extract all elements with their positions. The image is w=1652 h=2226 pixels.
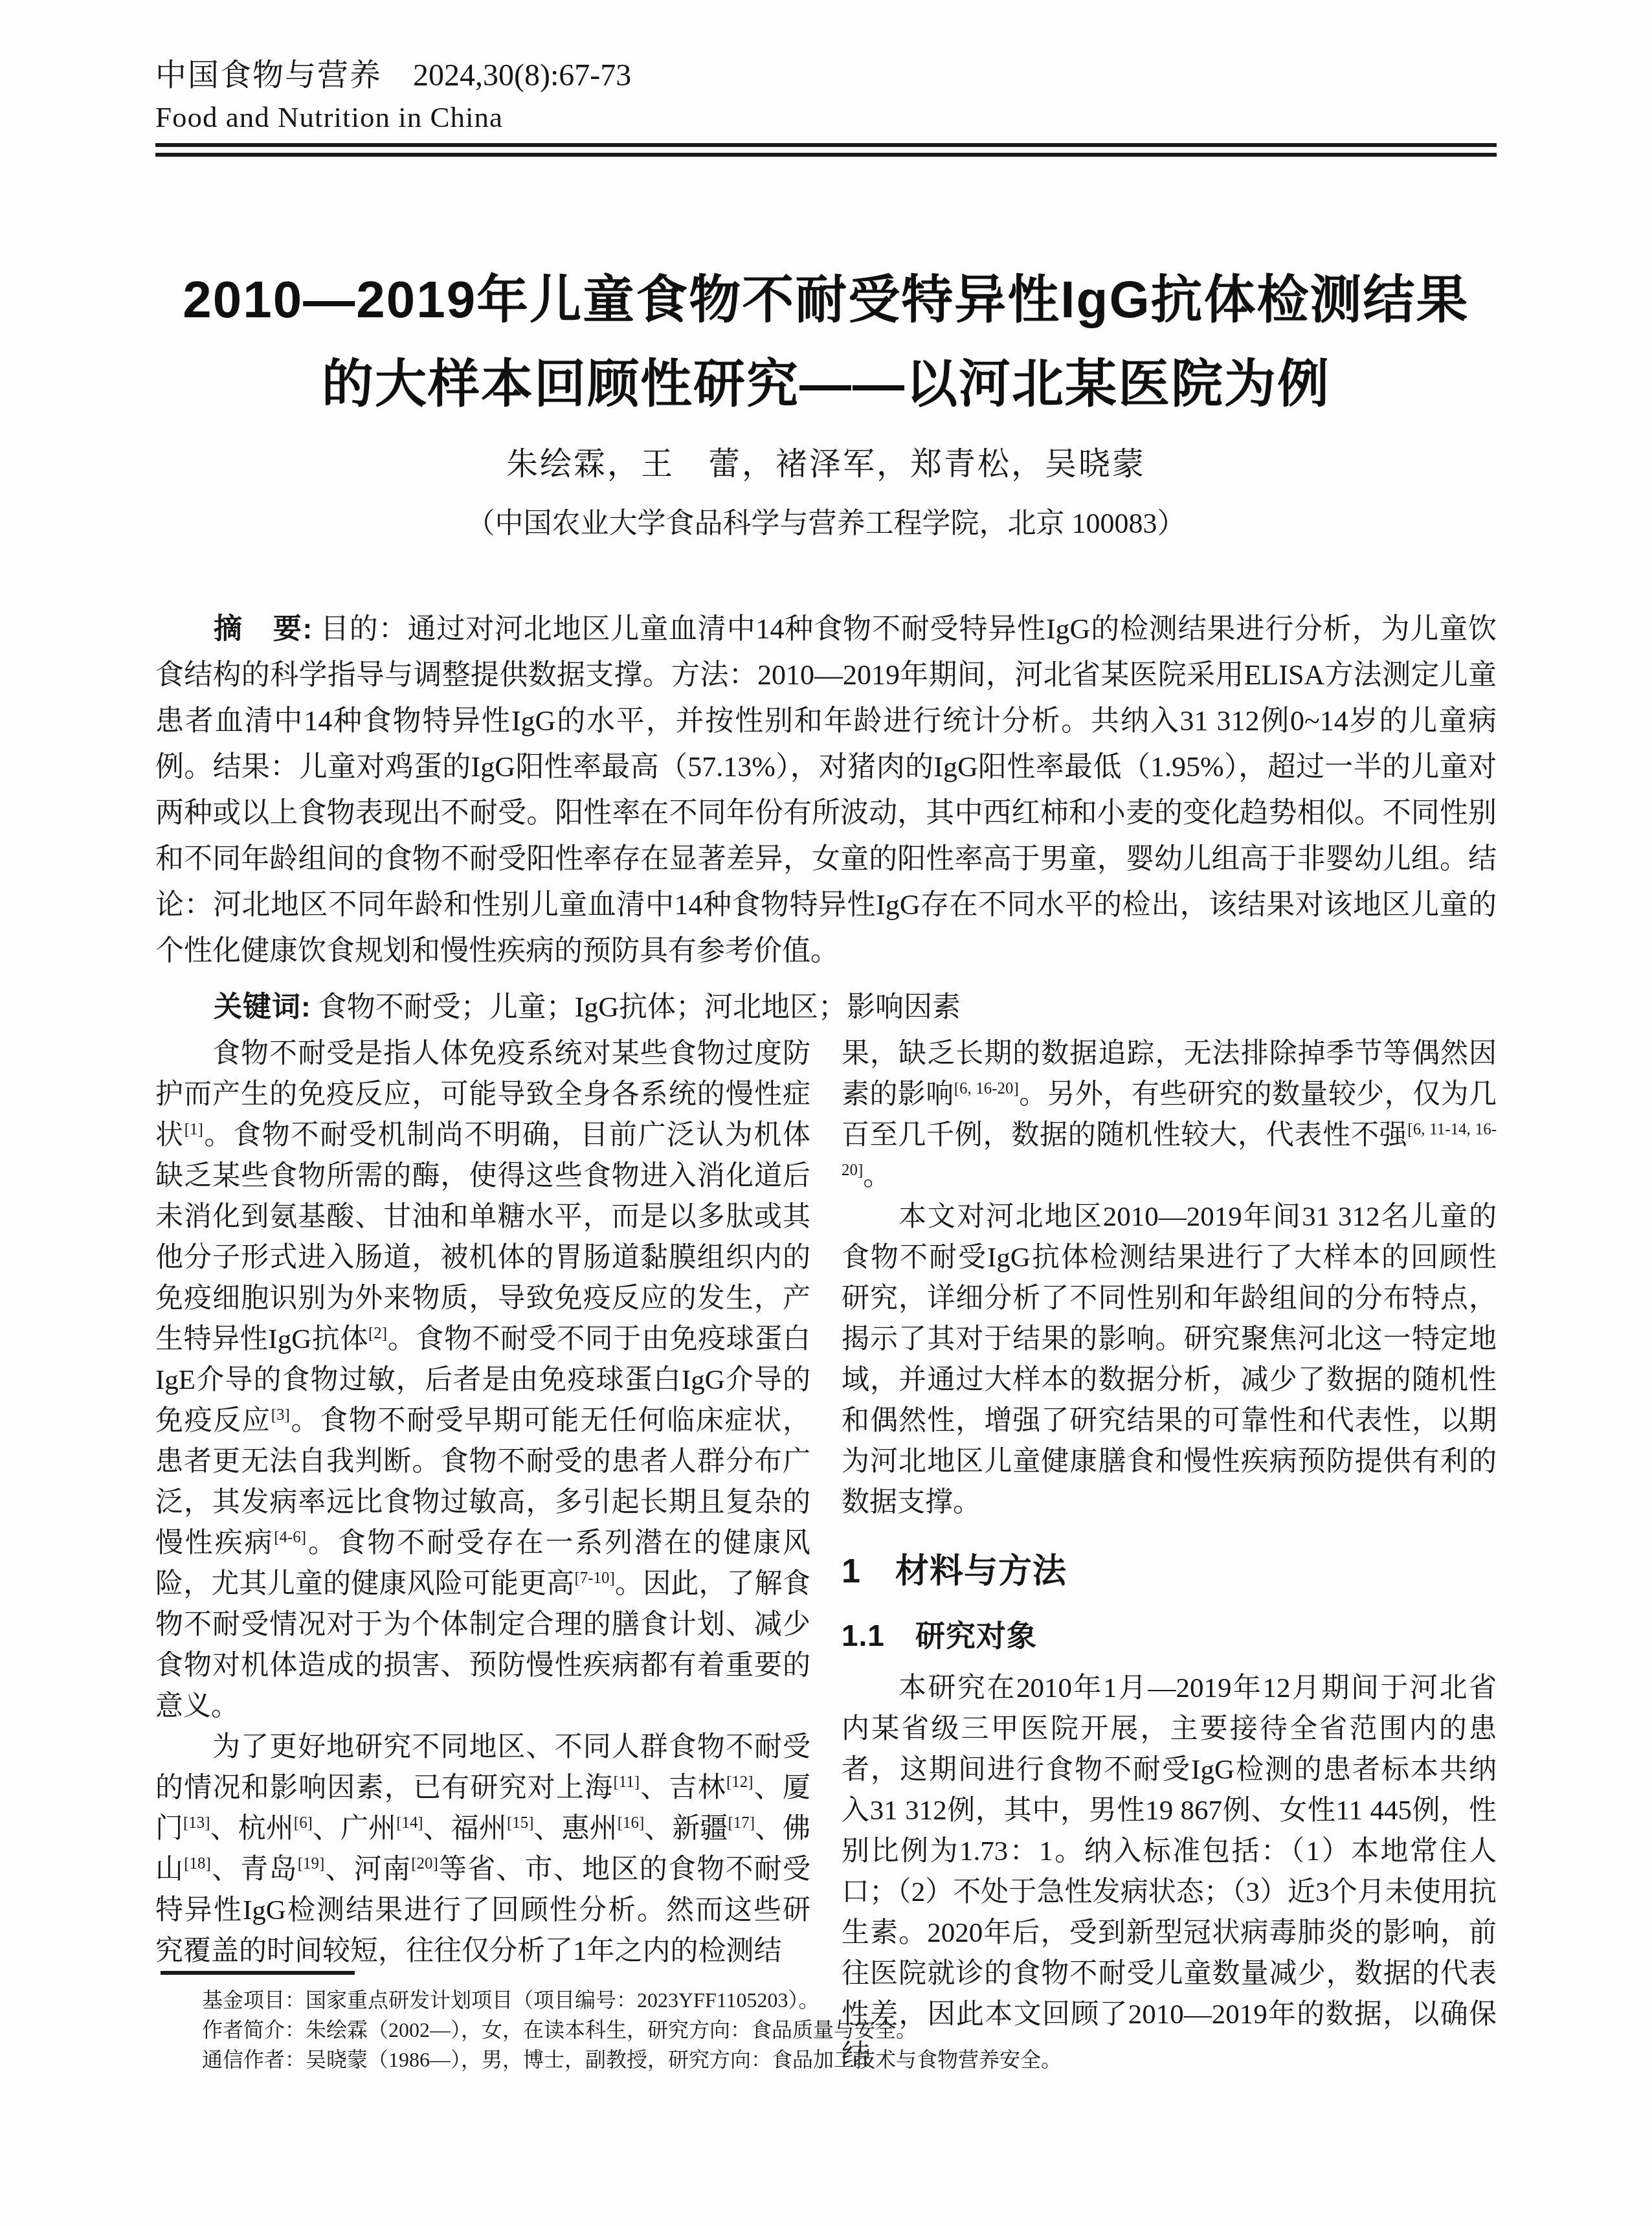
- paragraph-intro-3: 本文对河北地区2010—2019年间31 312名儿童的食物不耐受IgG抗体检测…: [842, 1197, 1497, 1523]
- footnote-separator: [161, 1971, 355, 1975]
- journal-header-line-cn: 中国食物与营养2024,30(8):67-73: [155, 57, 1497, 95]
- abstract-label: 摘 要:: [214, 613, 313, 645]
- footnotes-block: 基金项目：国家重点研发计划项目（项目编号：2023YFF1105203）。 作者…: [155, 1971, 1256, 2074]
- footnote-corresponding: 通信作者：吴晓蒙（1986—），男，博士，副教授，研究方向：食品加工技术与食物营…: [155, 2045, 1256, 2074]
- keywords-text: 食物不耐受；儿童；IgG抗体；河北地区；影响因素: [318, 991, 961, 1023]
- footnote-fund: 基金项目：国家重点研发计划项目（项目编号：2023YFF1105203）。: [155, 1985, 1256, 2015]
- body-columns: 食物不耐受是指人体免疫系统对某些食物过度防护而产生的免疫反应，可能导致全身各系统…: [155, 1033, 1497, 2076]
- journal-name-cn: 中国食物与营养: [155, 58, 382, 93]
- article-title: 2010—2019年儿童食物不耐受特异性IgG抗体检测结果 的大样本回顾性研究—…: [78, 258, 1574, 426]
- keywords-label: 关键词:: [214, 991, 311, 1023]
- footnote-author-bio: 作者简介：朱绘霖（2002—），女，在读本科生，研究方向：食品质量与安全。: [155, 2015, 1256, 2045]
- header-double-rule: [155, 143, 1497, 157]
- affiliation-line: （中国农业大学食品科学与营养工程学院，北京 100083）: [0, 506, 1652, 541]
- right-column: 果，缺乏长期的数据追踪，无法排除掉季节等偶然因素的影响[6, 16-20]。另外…: [842, 1033, 1497, 2076]
- journal-header: 中国食物与营养2024,30(8):67-73 Food and Nutriti…: [155, 57, 1497, 135]
- keywords-line: 关键词: 食物不耐受；儿童；IgG抗体；河北地区；影响因素: [155, 984, 1497, 1030]
- left-column: 食物不耐受是指人体免疫系统对某些食物过度防护而产生的免疫反应，可能导致全身各系统…: [155, 1033, 810, 2076]
- journal-page: 中国食物与营养2024,30(8):67-73 Food and Nutriti…: [0, 0, 1652, 2226]
- abstract-section: 摘 要: 目的：通过对河北地区儿童血清中14种食物不耐受特异性IgG的检测结果进…: [155, 606, 1497, 1030]
- journal-name-en: Food and Nutrition in China: [155, 100, 1497, 135]
- subsection-heading-subjects: 1.1 研究对象: [842, 1617, 1497, 1654]
- abstract-text: 目的：通过对河北地区儿童血清中14种食物不耐受特异性IgG的检测结果进行分析，为…: [155, 613, 1497, 967]
- authors-line: 朱绘霖，王 蕾，褚泽军，郑青松，吴晓蒙: [0, 445, 1652, 483]
- paragraph-intro-1: 食物不耐受是指人体免疫系统对某些食物过度防护而产生的免疫反应，可能导致全身各系统…: [155, 1033, 810, 1727]
- title-line-1: 2010—2019年儿童食物不耐受特异性IgG抗体检测结果: [78, 258, 1574, 342]
- title-line-2: 的大样本回顾性研究——以河北某医院为例: [78, 342, 1574, 426]
- section-heading-methods: 1 材料与方法: [842, 1551, 1497, 1591]
- journal-issue: 2024,30(8):67-73: [413, 58, 631, 93]
- paragraph-intro-2: 为了更好地研究不同地区、不同人群食物不耐受的情况和影响因素，已有研究对上海[11…: [155, 1727, 810, 1972]
- abstract-paragraph: 摘 要: 目的：通过对河北地区儿童血清中14种食物不耐受特异性IgG的检测结果进…: [155, 606, 1497, 974]
- paragraph-intro-2-continued: 果，缺乏长期的数据追踪，无法排除掉季节等偶然因素的影响[6, 16-20]。另外…: [842, 1033, 1497, 1197]
